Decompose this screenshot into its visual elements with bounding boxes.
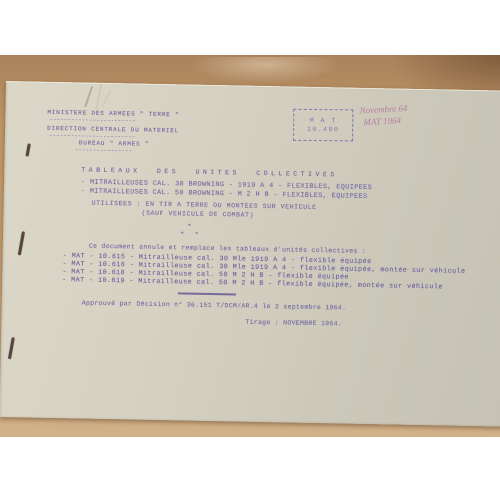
table-worn-patch	[190, 57, 340, 83]
approval-line: Approuvé par Décision n° 36.151 T/DCM/AR…	[82, 299, 347, 311]
title-usage-note: (SAUF VEHICULE DE COMBAT)	[141, 209, 254, 218]
stamp-number: 10.490	[307, 126, 339, 133]
letterhead-underline: ------------------------	[49, 116, 136, 125]
document-title: TABLEAUX DES UNITES COLLECTIVES	[81, 166, 338, 178]
staple-icon	[26, 143, 31, 156]
title-usage-line: UTILISEES : EN TIR A TERRE OU MONTEES SU…	[92, 200, 317, 211]
mat-registration-stamp: M A T 10.490	[293, 109, 353, 142]
asterisk-separator-bottom: * *	[180, 231, 202, 239]
letterbox-top	[0, 0, 500, 55]
staple-icon	[8, 337, 14, 359]
staple-icon	[18, 231, 25, 255]
stamp-label: M A T	[310, 117, 337, 124]
asterisk-separator-top: *	[187, 224, 194, 232]
pencil-smudge	[102, 89, 111, 106]
handwritten-reference: MAT 1964	[363, 115, 401, 127]
document-photo: MINISTERE DES ARMEES " TERRE " ---------…	[0, 55, 500, 437]
document-cover-page: MINISTERE DES ARMEES " TERRE " ---------…	[0, 81, 500, 427]
handwritten-date: Novembre 64	[359, 103, 407, 115]
pencil-smudge	[95, 84, 102, 110]
tirage-line: Tirage : NOVEMBRE 1964.	[245, 319, 342, 328]
letterhead-underline: ----------------	[75, 146, 133, 154]
letterbox-bottom	[0, 437, 500, 500]
pencil-smudge	[84, 86, 93, 107]
separator-rule	[178, 292, 236, 295]
